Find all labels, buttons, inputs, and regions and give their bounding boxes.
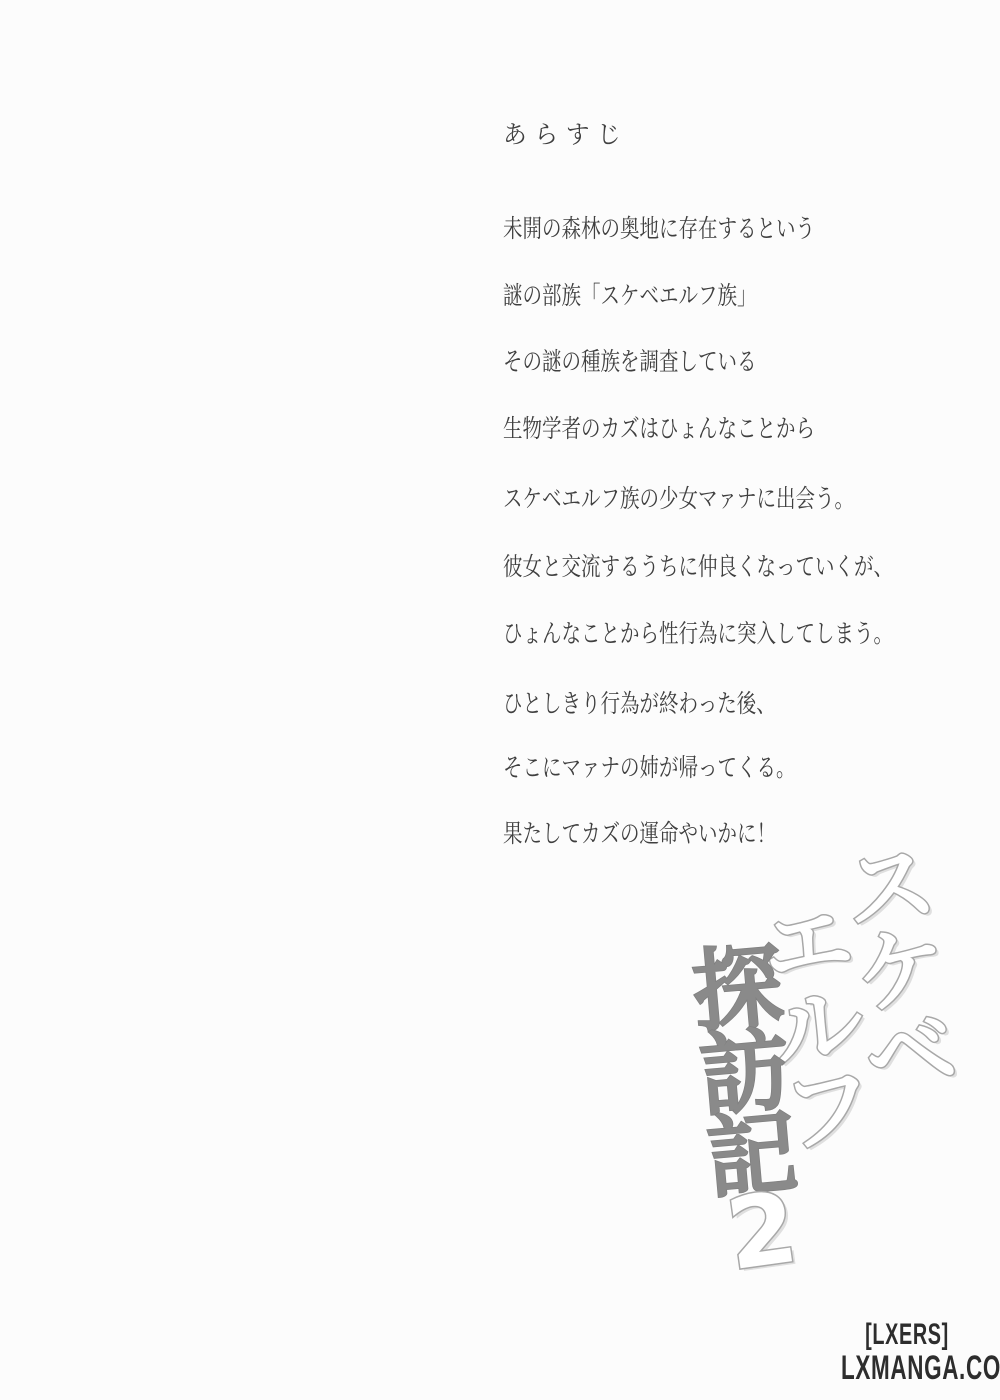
synopsis-line: 彼女と交流するうちに仲良くなっていくが、 [503,554,893,579]
synopsis-line: スケベエルフ族の少女マァナに出会う。 [503,486,854,511]
watermark-group-name: [LXERS] [841,1320,973,1351]
logo-volume-number: 2 [722,1179,803,1286]
watermark-site-url: LXMANGA.COM [841,1351,973,1386]
synopsis-line: ひとしきり行為が終わった後、 [503,691,776,716]
scanned-manga-page: あらすじ 未開の森林の奥地に存在するという 謎の部族「スケベエルフ族」 その謎の… [0,0,1000,1400]
synopsis-line: そこにマァナの姉が帰ってくる。 [503,755,796,780]
synopsis-line: 謎の部族「スケベエルフ族」 [503,283,757,308]
synopsis-line: 生物学者のカズはひょんなことから [503,416,815,441]
synopsis-line: 未開の森林の奥地に存在するという [503,216,815,241]
synopsis-line: ひょんなことから性行為に突入してしまう。 [503,621,893,646]
logo-char: ベ [861,1008,961,1102]
site-watermark: [LXERS] LXMANGA.COM [807,1320,1000,1385]
synopsis-line: その謎の種族を調査している [503,349,757,374]
synopsis-line: 果たしてカズの運命やいかに！ [503,821,776,846]
synopsis-heading: あらすじ [503,122,628,147]
